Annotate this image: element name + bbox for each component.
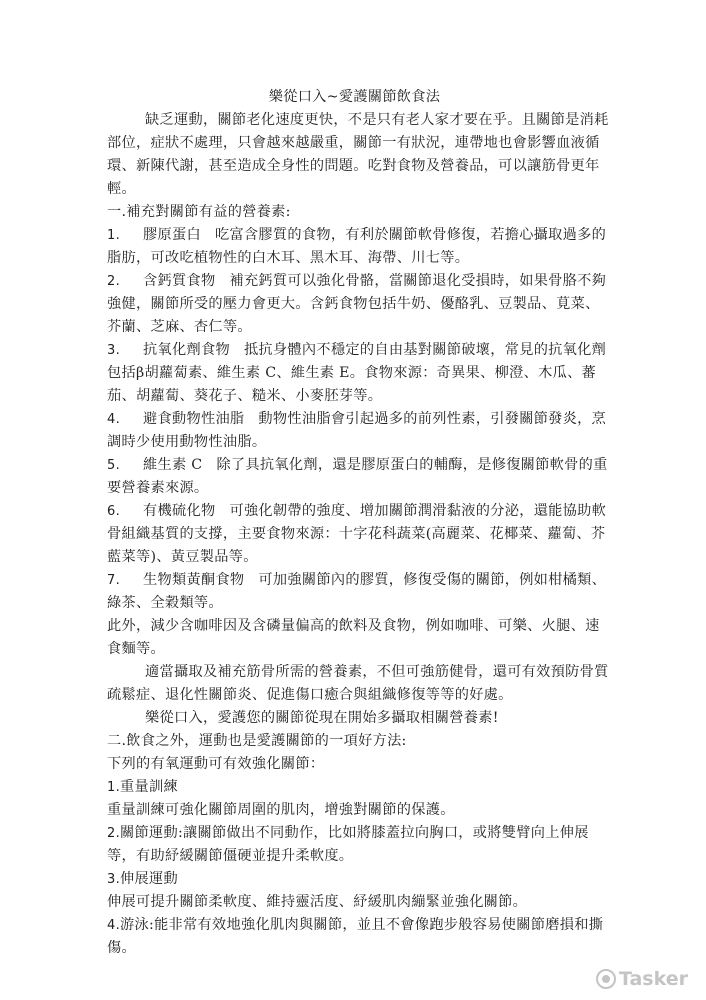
exercise-title: 2.關節運動:讓關節做出不同動作，比如將膝蓋拉向胸口，或將雙臂向上伸展 <box>107 822 602 845</box>
nutrient-desc-cont: 綠茶、全穀類等。 <box>107 592 602 615</box>
item-number: 2. <box>107 270 143 293</box>
item-number: 6. <box>107 500 143 523</box>
section2-intro: 下列的有氧運動可有效強化關節： <box>107 753 602 776</box>
document-title: 樂從口入~愛護關節飲食法 <box>107 86 602 109</box>
exercise-title-text: 伸展運動 <box>120 871 178 887</box>
section1-heading: 一.補充對關節有益的營養素: <box>107 201 602 224</box>
item-number: 3. <box>107 872 120 887</box>
exercise-desc: 傷。 <box>107 937 602 960</box>
nutrient-desc: 可加強關節內的膠質，修復受傷的關節，例如柑橘類、 <box>258 572 606 588</box>
nutrient-item: 1.膠原蛋白吃富含膠質的食物，有利於關節軟骨修復，若擔心攝取過多的 <box>107 224 602 247</box>
nutrient-name: 膠原蛋白 <box>143 227 201 243</box>
exercise-title: 4.游泳:能非常有效地強化肌肉與關節，並且不會像跑步般容易使關節磨損和撕 <box>107 914 602 937</box>
item-number: 7. <box>107 569 143 592</box>
intro-line: 缺乏運動，關節老化速度更快，不是只有老人家才要在乎。且關節是消耗 <box>107 109 602 132</box>
closing-line: 樂從口入，愛護您的關節從現在開始多攝取相關營養素! <box>107 707 602 730</box>
tasker-logo-icon <box>596 969 616 989</box>
nutrient-item: 2.含鈣質食物補充鈣質可以強化骨骼，當關節退化受損時，如果骨胳不夠 <box>107 270 602 293</box>
nutrient-desc-cont: 芥蘭、芝麻、杏仁等。 <box>107 316 602 339</box>
nutrient-item: 6.有機硫化物可強化韌帶的強度、增加關節潤滑黏液的分泌，還能協助軟 <box>107 500 602 523</box>
nutrient-name: 抗氧化劑食物 <box>143 342 230 358</box>
nutrient-name: 生物類黃酮食物 <box>143 572 244 588</box>
item-number: 3. <box>107 339 143 362</box>
intro-line: 部位，症狀不處理，只會越來越嚴重，關節一有狀況，連帶地也會影響血液循 <box>107 132 602 155</box>
summary-paragraph: 疏鬆症、退化性關節炎、促進傷口癒合與組織修復等等的好處。 <box>107 684 602 707</box>
nutrient-desc-cont: 茄、胡蘿蔔、葵花子、糙米、小麥胚芽等。 <box>107 385 602 408</box>
exercise-title-text: 游泳:能非常有效地強化肌肉與關節，並且不會像跑步般容易使關節磨損和撕 <box>120 917 603 933</box>
nutrient-desc: 補充鈣質可以強化骨骼，當關節退化受損時，如果骨胳不夠 <box>229 273 606 289</box>
nutrient-name: 避食動物性油脂 <box>143 411 244 427</box>
exercise-title-text: 關節運動:讓關節做出不同動作，比如將膝蓋拉向胸口，或將雙臂向上伸展 <box>120 825 589 841</box>
item-number: 1. <box>107 224 143 247</box>
nutrient-desc: 可強化韌帶的強度、增加關節潤滑黏液的分泌，還能協助軟 <box>229 503 606 519</box>
section2-heading: 二.飲食之外，運動也是愛護關節的一項好方法: <box>107 730 602 753</box>
nutrient-item: 3.抗氧化劑食物抵抗身體內不穩定的自由基對關節破壞，常見的抗氧化劑 <box>107 339 602 362</box>
nutrient-name: 維生素 C <box>143 457 202 473</box>
nutrient-desc: 動物性油脂會引起過多的前列性素，引發關節發炎，烹 <box>258 411 606 427</box>
summary-paragraph: 適當攝取及補充筋骨所需的營養素，不但可強筋健骨，還可有效預防骨質 <box>107 661 602 684</box>
nutrient-desc-cont: 要營養素來源。 <box>107 477 602 500</box>
watermark-text: Tasker <box>619 968 688 990</box>
item-number: 2. <box>107 826 120 841</box>
exercise-desc: 伸展可提升關節柔軟度、維持靈活度、紓緩肌肉繃緊並強化關節。 <box>107 891 602 914</box>
nutrient-desc-cont: 藍菜等)、黃豆製品等。 <box>107 546 602 569</box>
nutrient-desc-cont: 調時少使用動物性油脂。 <box>107 431 602 454</box>
exercise-title: 1.重量訓練 <box>107 776 602 799</box>
item-number: 4. <box>107 408 143 431</box>
nutrient-name: 含鈣質食物 <box>143 273 215 289</box>
nutrient-name: 有機硫化物 <box>143 503 215 519</box>
nutrient-item: 7.生物類黃酮食物可加強關節內的膠質，修復受傷的關節，例如柑橘類、 <box>107 569 602 592</box>
intro-line: 環、新陳代謝，甚至造成全身性的問題。吃對食物及營養品，可以讓筋骨更年 <box>107 155 602 178</box>
document-page: 樂從口入~愛護關節飲食法 缺乏運動，關節老化速度更快，不是只有老人家才要在乎。且… <box>107 86 602 960</box>
besides-paragraph: 食麵等。 <box>107 638 602 661</box>
nutrient-item: 5.維生素 C除了具抗氧化劑，還是膠原蛋白的輔酶，是修復關節軟骨的重 <box>107 454 602 477</box>
nutrient-desc: 除了具抗氧化劑，還是膠原蛋白的輔酶，是修復關節軟骨的重 <box>216 457 607 473</box>
besides-paragraph: 此外，減少含咖啡因及含磷量偏高的飲料及食物，例如咖啡、可樂、火腿、速 <box>107 615 602 638</box>
exercise-title: 3.伸展運動 <box>107 868 602 891</box>
tasker-watermark: Tasker <box>596 968 688 990</box>
exercise-desc: 重量訓練可強化關節周圍的肌肉，增強對關節的保護。 <box>107 799 602 822</box>
nutrient-item: 4.避食動物性油脂動物性油脂會引起過多的前列性素，引發關節發炎，烹 <box>107 408 602 431</box>
item-number: 5. <box>107 454 143 477</box>
nutrient-desc-cont: 骨組織基質的支撐，主要食物來源：十字花科蔬菜(高麗菜、花椰菜、蘿蔔、芥 <box>107 523 602 546</box>
nutrient-desc: 抵抗身體內不穩定的自由基對關節破壞，常見的抗氧化劑 <box>244 342 606 358</box>
item-number: 1. <box>107 780 120 795</box>
exercise-title-text: 重量訓練 <box>120 779 178 795</box>
intro-line: 輕。 <box>107 178 602 201</box>
nutrient-desc-cont: 強健，關節所受的壓力會更大。含鈣食物包括牛奶、優酪乳、豆製品、莧菜、 <box>107 293 602 316</box>
item-number: 4. <box>107 918 120 933</box>
nutrient-desc-cont: 包括β胡蘿蔔素、維生素 C、維生素 E。食物來源：奇異果、柳澄、木瓜、蕃 <box>107 362 602 385</box>
exercise-desc: 等，有助紓緩關節僵硬並提升柔軟度。 <box>107 845 602 868</box>
nutrient-desc: 吃富含膠質的食物，有利於關節軟骨修復，若擔心攝取過多的 <box>215 227 606 243</box>
nutrient-desc-cont: 脂肪，可改吃植物性的白木耳、黑木耳、海帶、川七等。 <box>107 247 602 270</box>
